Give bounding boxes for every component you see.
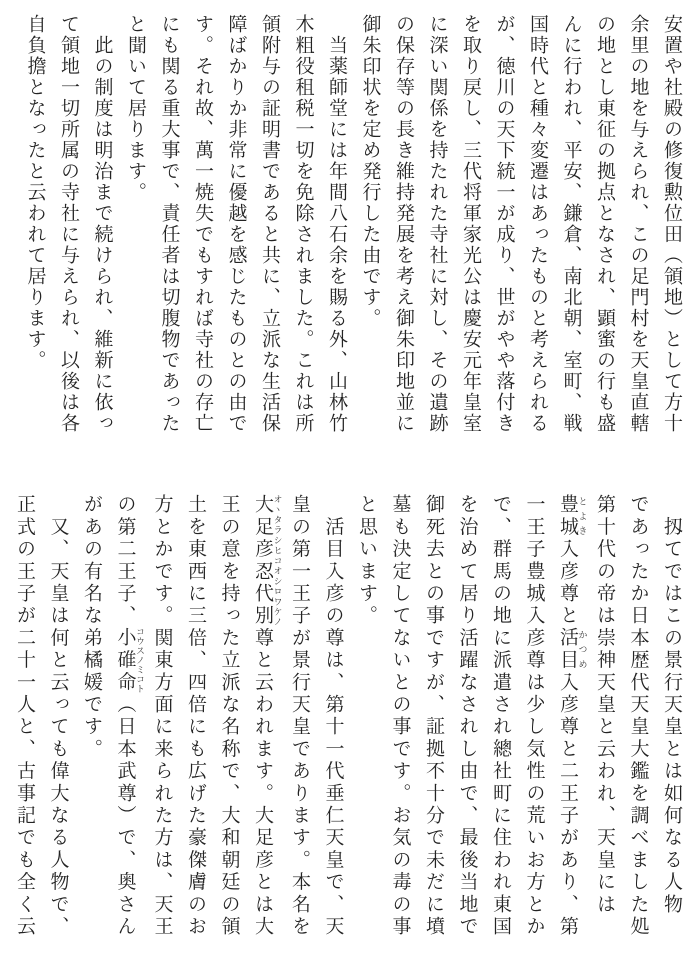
text-run: 活目入彦の尊は、第十一代垂仁天皇で、天 bbox=[323, 494, 344, 938]
text-run: が、徳川の天下統一が成り、世がやや落付き bbox=[494, 14, 515, 434]
text-column: の第二王子、小碓命コウスノミコト（日本武尊）で、奥さん bbox=[108, 494, 145, 950]
text-column: 扨てではこの景行天皇とは如何なる人物 bbox=[655, 494, 689, 950]
text-run: 安置や社殿の修復勲位田（領地）として方十 bbox=[661, 14, 682, 434]
text-column: 領附与の証明書であると共に、立派な生活保 bbox=[253, 14, 287, 442]
text-run: 此の制度は明治まで続けられ、維新に依っ bbox=[92, 14, 113, 434]
text-column: があの有名な弟橘媛です。 bbox=[75, 494, 109, 950]
text-run: にも関る重大事で、責任者は切腹物であった bbox=[159, 14, 180, 434]
text-run: を取り戻し、三代将軍家光公は慶安元年皇室 bbox=[460, 14, 481, 434]
text-run: を治めて居り活躍なされし由で、最後当地で bbox=[457, 494, 478, 938]
text-column: 又、天皇は何と云っても偉大なる人物で、 bbox=[41, 494, 75, 950]
text-run: 扨てではこの景行天皇とは如何なる人物 bbox=[661, 494, 682, 916]
ruby-base-text: 小碓命コウスノミコト bbox=[115, 627, 136, 694]
text-run: 自負擔となったと云われて居ります。 bbox=[25, 14, 46, 371]
text-column: を取り戻し、三代将軍家光公は慶安元年皇室 bbox=[454, 14, 488, 442]
text-run: であったか日本歴代天皇大鑑を調べました処 bbox=[628, 494, 649, 938]
text-column: であったか日本歴代天皇大鑑を調べました処 bbox=[621, 494, 655, 950]
text-column: 当薬師堂には年間八石余を賜る外、山林竹 bbox=[320, 14, 354, 442]
text-run: 第十代の帝は崇神天皇と云われ、天皇には bbox=[594, 494, 615, 916]
text-column: を治めて居り活躍なされし由で、最後当地で bbox=[450, 494, 484, 950]
text-run: と思います。 bbox=[356, 494, 377, 627]
text-run: と聞いて居ります。 bbox=[125, 14, 146, 203]
text-column: んに行われ、平安、鎌倉、南北朝、室町、戦 bbox=[554, 14, 588, 442]
text-run: 木粗役租税一切を免除されました。これは所 bbox=[293, 14, 314, 434]
text-run: 御朱印状を定め発行した由です。 bbox=[360, 14, 381, 329]
text-run: 御死去との事ですが、証拠不十分で未だに墳 bbox=[423, 494, 444, 938]
text-run: 墓も決定してないとの事です。お気の毒の事 bbox=[390, 494, 411, 938]
text-column: す。それ故、萬一焼失でもすれば寺社の存亡 bbox=[186, 14, 220, 442]
paragraph-block-lower: 扨てではこの景行天皇とは如何なる人物であったか日本歴代天皇大鑑を調べました処第十… bbox=[8, 494, 688, 950]
text-column: 木粗役租税一切を免除されました。これは所 bbox=[286, 14, 320, 442]
furigana-annotation: とよき bbox=[578, 494, 588, 538]
ruby-base-text: 活目かつめ bbox=[557, 627, 578, 671]
text-column: 皇の第一王子が景行天皇であります。本名を bbox=[283, 494, 317, 950]
text-column: 此の制度は明治まで続けられ、維新に依っ bbox=[85, 14, 119, 442]
text-run: 一王子豊城入彦尊は少し気性の荒いお方とか bbox=[524, 494, 545, 938]
text-column: と思います。 bbox=[350, 494, 384, 950]
text-run: の地とし東征の拠点となされ、顕蜜の行も盛 bbox=[594, 14, 615, 434]
text-run: 尊と云われます。大足彦とは大 bbox=[252, 627, 273, 938]
text-run: の第二王子、 bbox=[115, 494, 136, 627]
text-column: の地とし東征の拠点となされ、顕蜜の行も盛 bbox=[588, 14, 622, 442]
text-run: 障ばかりか非常に優越を感じたものとの由で bbox=[226, 14, 247, 434]
text-run: で、群馬の地に派遣され總社町に住われ東国 bbox=[490, 494, 511, 938]
text-run: があの有名な弟橘媛です。 bbox=[81, 494, 102, 760]
text-column: にも関る重大事で、責任者は切腹物であった bbox=[152, 14, 186, 442]
ruby-base-text: 豊城とよき bbox=[557, 494, 578, 538]
text-column: 正式の王子が二十一人と、古事記でも全く云 bbox=[8, 494, 42, 950]
text-run: の保存等の長き維持発展を考え御朱印地並に bbox=[393, 14, 414, 434]
text-run: 余里の地を与えられ、この足門村を天皇直轄 bbox=[628, 14, 649, 434]
text-run: （日本武尊）で、奥さん bbox=[115, 694, 136, 938]
text-column: て領地一切所属の寺社に与えられ、以後は各 bbox=[52, 14, 86, 442]
text-column: 墓も決定してないとの事です。お気の毒の事 bbox=[383, 494, 417, 950]
text-column: と聞いて居ります。 bbox=[119, 14, 153, 442]
text-column: が、徳川の天下統一が成り、世がやや落付き bbox=[487, 14, 521, 442]
text-column: 自負擔となったと云われて居ります。 bbox=[18, 14, 52, 442]
text-run: に深い関係を持たれた寺社に対し、その遺跡 bbox=[427, 14, 448, 434]
text-run: す。それ故、萬一焼失でもすれば寺社の存亡 bbox=[192, 14, 213, 434]
ruby-base-text: 大足彦忍代別オヽタラシヒコオシロワケノ bbox=[252, 494, 273, 627]
furigana-annotation: コウスノミコト bbox=[135, 627, 145, 694]
text-run: 入彦尊と bbox=[557, 538, 578, 627]
text-run: 王の意を持った立派な名称で、大和朝廷の領 bbox=[219, 494, 240, 938]
text-column: 安置や社殿の修復勲位田（領地）として方十 bbox=[655, 14, 689, 442]
text-column: 方とかです。関東方面に来られた方は、天王 bbox=[145, 494, 179, 950]
text-run: んに行われ、平安、鎌倉、南北朝、室町、戦 bbox=[561, 14, 582, 434]
text-run: 方とかです。関東方面に来られた方は、天王 bbox=[152, 494, 173, 938]
text-column: 大足彦忍代別オヽタラシヒコオシロワケノ尊と云われます。大足彦とは大 bbox=[246, 494, 283, 950]
text-run: 入彦尊と二王子があり、第 bbox=[557, 672, 578, 938]
text-run: 国時代と種々変遷はあったものと考えられる bbox=[527, 14, 548, 434]
text-run: て領地一切所属の寺社に与えられ、以後は各 bbox=[58, 14, 79, 434]
text-column: 御死去との事ですが、証拠不十分で未だに墳 bbox=[417, 494, 451, 950]
scanned-document-page: 安置や社殿の修復勲位田（領地）として方十余里の地を与えられ、この足門村を天皇直轄… bbox=[0, 0, 700, 963]
text-column: に深い関係を持たれた寺社に対し、その遺跡 bbox=[420, 14, 454, 442]
text-column: 余里の地を与えられ、この足門村を天皇直轄 bbox=[621, 14, 655, 442]
text-column: 活目入彦の尊は、第十一代垂仁天皇で、天 bbox=[316, 494, 350, 950]
text-column: 国時代と種々変遷はあったものと考えられる bbox=[521, 14, 555, 442]
text-column: 土を東西に三倍、四倍にも広げた豪傑膚のお bbox=[179, 494, 213, 950]
text-column: の保存等の長き維持発展を考え御朱印地並に bbox=[387, 14, 421, 442]
text-run: 当薬師堂には年間八石余を賜る外、山林竹 bbox=[326, 14, 347, 434]
furigana-annotation: オヽタラシヒコオシロワケノ bbox=[273, 494, 283, 627]
text-run: 皇の第一王子が景行天皇であります。本名を bbox=[289, 494, 310, 938]
furigana-annotation: かつめ bbox=[578, 627, 588, 671]
text-column: 障ばかりか非常に優越を感じたものとの由で bbox=[219, 14, 253, 442]
text-column: 王の意を持った立派な名称で、大和朝廷の領 bbox=[212, 494, 246, 950]
text-column: 一王子豊城入彦尊は少し気性の荒いお方とか bbox=[517, 494, 551, 950]
text-column: 第十代の帝は崇神天皇と云われ、天皇には bbox=[588, 494, 622, 950]
text-column: で、群馬の地に派遣され總社町に住われ東国 bbox=[484, 494, 518, 950]
text-run: 正式の王子が二十一人と、古事記でも全く云 bbox=[14, 494, 35, 938]
text-run: 土を東西に三倍、四倍にも広げた豪傑膚のお bbox=[185, 494, 206, 938]
text-run: 領附与の証明書であると共に、立派な生活保 bbox=[259, 14, 280, 434]
text-run: 又、天皇は何と云っても偉大なる人物で、 bbox=[48, 494, 69, 938]
paragraph-block-upper: 安置や社殿の修復勲位田（領地）として方十余里の地を与えられ、この足門村を天皇直轄… bbox=[8, 14, 688, 442]
text-column: 御朱印状を定め発行した由です。 bbox=[353, 14, 387, 442]
text-column: 豊城とよき入彦尊と活目かつめ入彦尊と二王子があり、第 bbox=[551, 494, 588, 950]
